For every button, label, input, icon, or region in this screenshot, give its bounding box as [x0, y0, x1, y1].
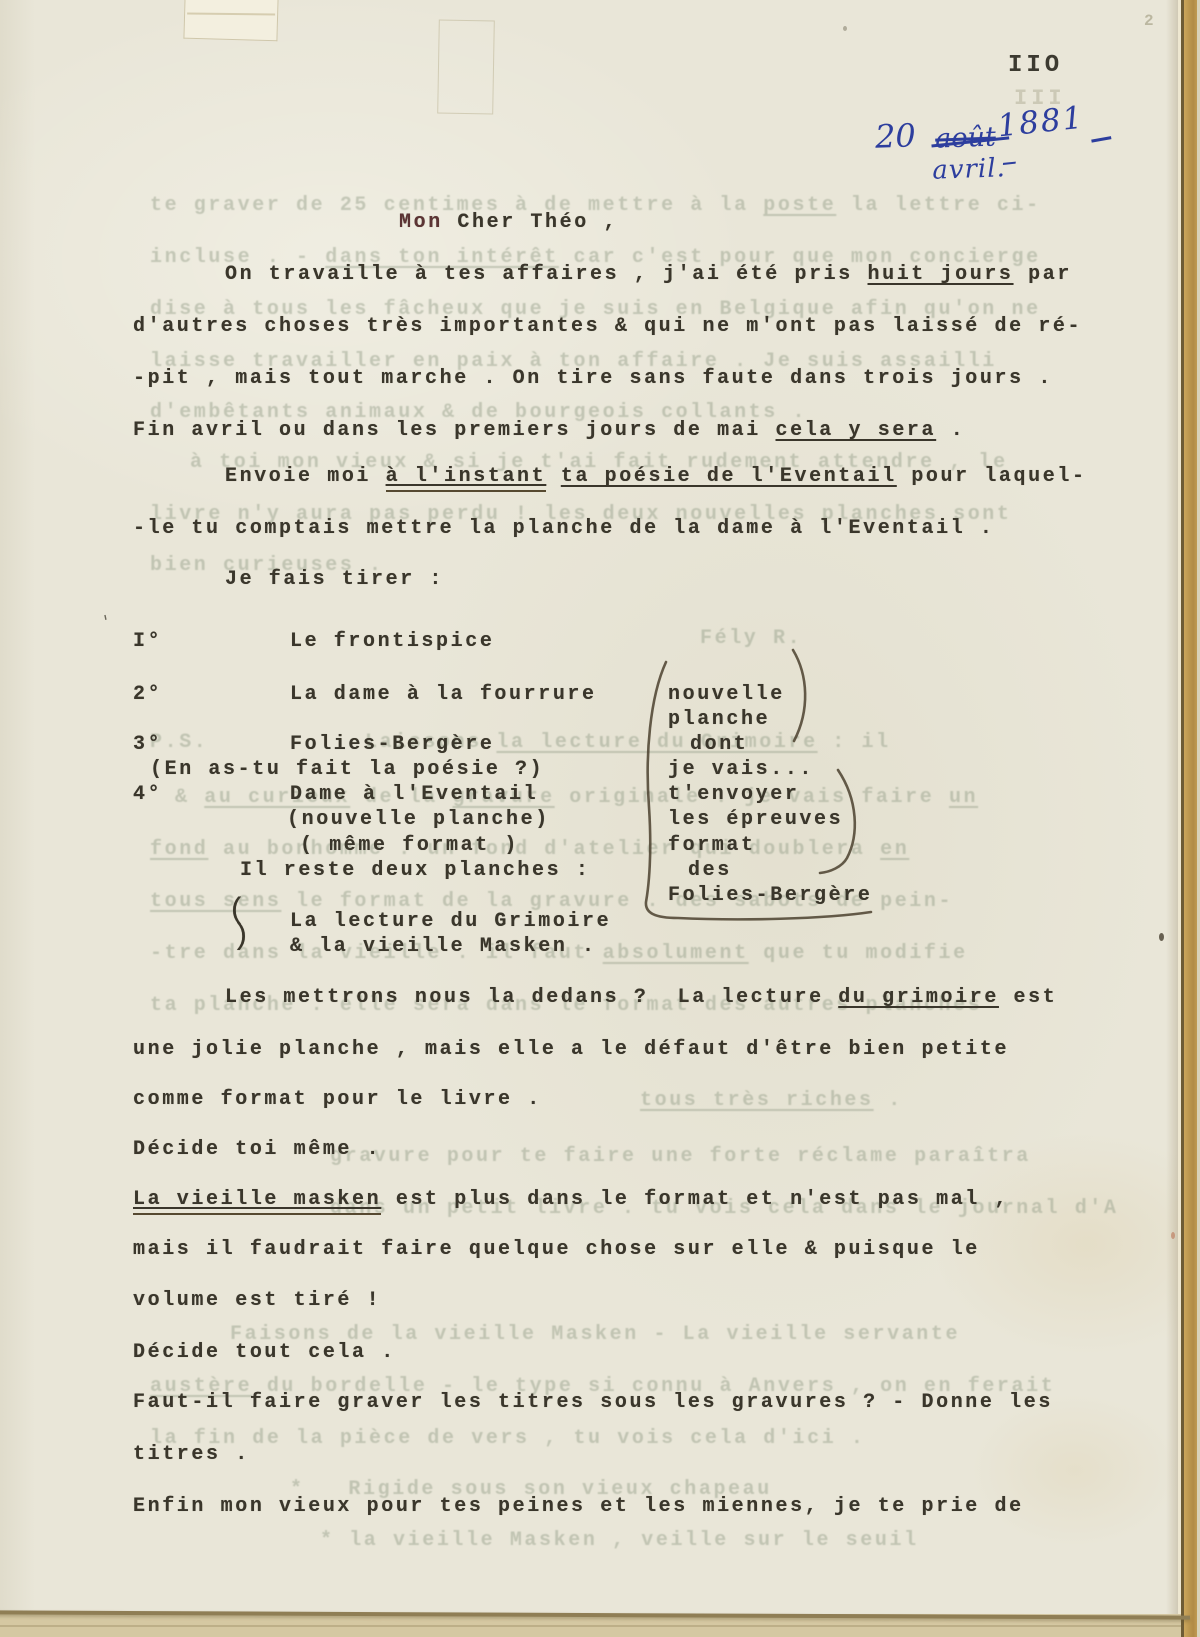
typed-line-segment: cela y sera [776, 419, 937, 442]
bottom-page-edge-secondary [0, 1625, 1181, 1627]
typed-line: 3° [133, 732, 162, 758]
typed-line: Folies-Bergère [290, 732, 494, 758]
typed-line-segment: Folies-Bergère [290, 733, 494, 756]
rust-stain [1171, 1232, 1175, 1239]
typed-line-segment: pour laquel- [897, 465, 1087, 488]
typed-line-segment: par [1014, 263, 1072, 286]
ghost-line-segment: . [874, 1089, 903, 1112]
bleedthrough-rectangle [437, 20, 495, 115]
typed-line-segment: ( même format ) [300, 834, 519, 857]
tape-remnant [183, 0, 278, 41]
typed-line-segment: Enfin mon vieux pour tes peines et les m… [133, 1495, 1024, 1518]
tape-crease [187, 13, 275, 16]
typed-line: 2° [133, 682, 162, 708]
typed-line-segment: Il reste deux planches : [240, 859, 590, 882]
ghost-line: la fin de la pièce de vers , tu vois cel… [150, 1426, 866, 1452]
typed-line-segment: -le tu comptais mettre la planche de la … [133, 517, 995, 540]
ghost-line-segment: tous très riches [640, 1089, 874, 1112]
typed-line-segment: 3° [133, 733, 162, 756]
typed-line-segment: comme format pour le livre . [133, 1088, 542, 1111]
typed-line: ) [232, 924, 250, 950]
ghost-line: tous très riches . [640, 1088, 903, 1114]
typed-line-segment: Envoie moi [225, 465, 386, 488]
typed-line: & la vieille Masken . [290, 934, 597, 960]
typed-line: volume est tiré ! [133, 1288, 381, 1314]
typed-line: comme format pour le livre . [133, 1087, 542, 1113]
typed-line: Fin avril ou dans les premiers jours de … [133, 418, 965, 444]
typed-line: Mon Cher Théo , [399, 210, 618, 236]
typed-line: -pit , mais tout marche . On tire sans f… [133, 366, 1053, 392]
ghost-line-segment: & [175, 786, 204, 809]
typed-line-segment: une jolie planche , mais elle a le défau… [133, 1038, 1009, 1061]
corner-ghost-numeral: 2 [1144, 12, 1154, 30]
ghost-line-segment: un [949, 786, 978, 809]
ghost-line-segment: absolument [603, 942, 749, 965]
ink-bracket-left [646, 662, 871, 919]
typed-line-segment: d'autres choses très importantes & qui n… [133, 315, 1082, 338]
ghost-line-segment: gravure pour te faire une forte réclame … [330, 1145, 1031, 1168]
typed-line: Décide tout cela . [133, 1340, 396, 1366]
binding-edge [1184, 0, 1197, 1637]
typed-line: mais il faudrait faire quelque chose sur… [133, 1237, 980, 1263]
typed-line-segment: Je fais tirer : [225, 568, 444, 591]
typed-line: La vieille masken est plus dans le forma… [133, 1187, 1009, 1213]
typed-line-segment: On travaille à tes affaires , j'ai été p… [225, 263, 868, 286]
ghost-line-segment: la fin de la pièce de vers , tu vois cel… [150, 1427, 866, 1450]
typed-line-segment: Fin avril ou dans les premiers jours de … [133, 419, 776, 442]
handwritten-day: 20 [874, 116, 916, 155]
typed-line-segment: mais il faudrait faire quelque chose sur… [133, 1238, 980, 1261]
typed-line: Il reste deux planches : [240, 858, 590, 884]
typed-line: titres . [133, 1442, 250, 1468]
typed-line-segment: 2° [133, 683, 162, 706]
typed-line-segment: huit jours [868, 263, 1014, 286]
typed-line-segment [546, 465, 561, 488]
ghost-line-segment: tous sens [150, 890, 281, 913]
ink-speck [1159, 933, 1164, 941]
typed-line-segment: Mon [399, 211, 457, 234]
typed-line: une jolie planche , mais elle a le défau… [133, 1037, 1009, 1063]
typed-line-segment: Décide toi même . [133, 1138, 381, 1161]
typed-line: ( même format ) [300, 833, 519, 859]
typed-line: Décide toi même . [133, 1137, 381, 1163]
typed-line-segment: Dame à l'Eventail [290, 783, 538, 806]
typed-line-segment: . [936, 419, 965, 442]
typed-line-segment: (En as-tu fait la poésie ?) [150, 758, 544, 781]
typed-line: d'autres choses très importantes & qui n… [133, 314, 1082, 340]
ink-paren-right-top [793, 650, 805, 741]
typed-line: (En as-tu fait la poésie ?) [150, 757, 544, 783]
ghost-line-segment: que tu modifie [749, 942, 968, 965]
typed-line: Faut-il faire graver les titres sous les… [133, 1390, 1053, 1416]
typed-line: (nouvelle planche) [287, 807, 550, 833]
typed-line: -le tu comptais mettre la planche de la … [133, 516, 995, 542]
typed-line-segment: est [999, 986, 1057, 1009]
typed-line-segment: I° [133, 630, 162, 653]
typed-line: Enfin mon vieux pour tes peines et les m… [133, 1494, 1024, 1520]
ghost-line: * la vieille Masken , veille sur le seui… [320, 1528, 919, 1554]
paper-speck [843, 26, 847, 31]
typed-line: La lecture du Grimoire [290, 909, 611, 935]
ghost-line-segment: la lettre ci- [836, 194, 1040, 217]
typed-line-segment: Les mettrons nous la dedans ? La lecture [225, 986, 838, 1009]
typed-line-segment: ) [232, 920, 250, 954]
typed-line: Envoie moi à l'instant ta poésie de l'Ev… [225, 464, 1087, 490]
typed-line: Dame à l'Eventail [290, 782, 538, 808]
typed-line: Le frontispice [290, 629, 494, 655]
typed-line-segment: ta poésie de l'Eventail [561, 465, 897, 488]
typed-line-segment: est plus dans le format et n'est pas mal… [381, 1188, 1009, 1211]
typed-line-segment: Le frontispice [290, 630, 494, 653]
typed-line-segment: à l'instant [386, 465, 547, 492]
ghost-line-segment: poste [763, 194, 836, 217]
ghost-line-segment: fond [150, 838, 208, 861]
typed-line-segment: La dame à la fourrure [290, 683, 597, 706]
ink-paren-right-bottom [820, 770, 855, 873]
handwritten-corrected-month: avril. [932, 153, 1007, 186]
typed-line-segment: Cher Théo , [457, 211, 618, 234]
letter-scan: 2 ' IIO III te graver de 25 centimes à d… [0, 0, 1200, 1637]
typed-line-segment: -pit , mais tout marche . On tire sans f… [133, 367, 1053, 390]
typed-line: On travaille à tes affaires , j'ai été p… [225, 262, 1072, 288]
typed-line-segment: La vieille masken [133, 1188, 381, 1215]
typed-line-segment: (nouvelle planche) [287, 808, 550, 831]
typed-line-segment: Décide tout cela . [133, 1341, 396, 1364]
binding-shadow [1166, 0, 1178, 1637]
typed-line: I° [133, 629, 162, 655]
ink-bracket-annotations [600, 615, 900, 935]
typed-line: Je fais tirer : [225, 567, 444, 593]
typed-line-segment: La lecture du Grimoire [290, 910, 611, 933]
ghost-line-segment: * la vieille Masken , veille sur le seui… [320, 1529, 919, 1552]
typed-line: La dame à la fourrure [290, 682, 597, 708]
typed-line: Les mettrons nous la dedans ? La lecture… [225, 985, 1057, 1011]
handwritten-year: 1881 – [996, 100, 1090, 181]
typed-line-segment: Faut-il faire graver les titres sous les… [133, 1391, 1053, 1414]
typed-line-segment: volume est tiré ! [133, 1289, 381, 1312]
typed-line-segment: du grimoire [838, 986, 999, 1009]
typed-line-segment: titres . [133, 1443, 250, 1466]
typed-line-segment: 4° [133, 783, 162, 806]
typed-line-segment: & la vieille Masken . [290, 935, 597, 958]
ghost-line: gravure pour te faire une forte réclame … [330, 1144, 1031, 1170]
typed-line: 4° [133, 782, 162, 808]
page-number: IIO [1008, 52, 1063, 79]
